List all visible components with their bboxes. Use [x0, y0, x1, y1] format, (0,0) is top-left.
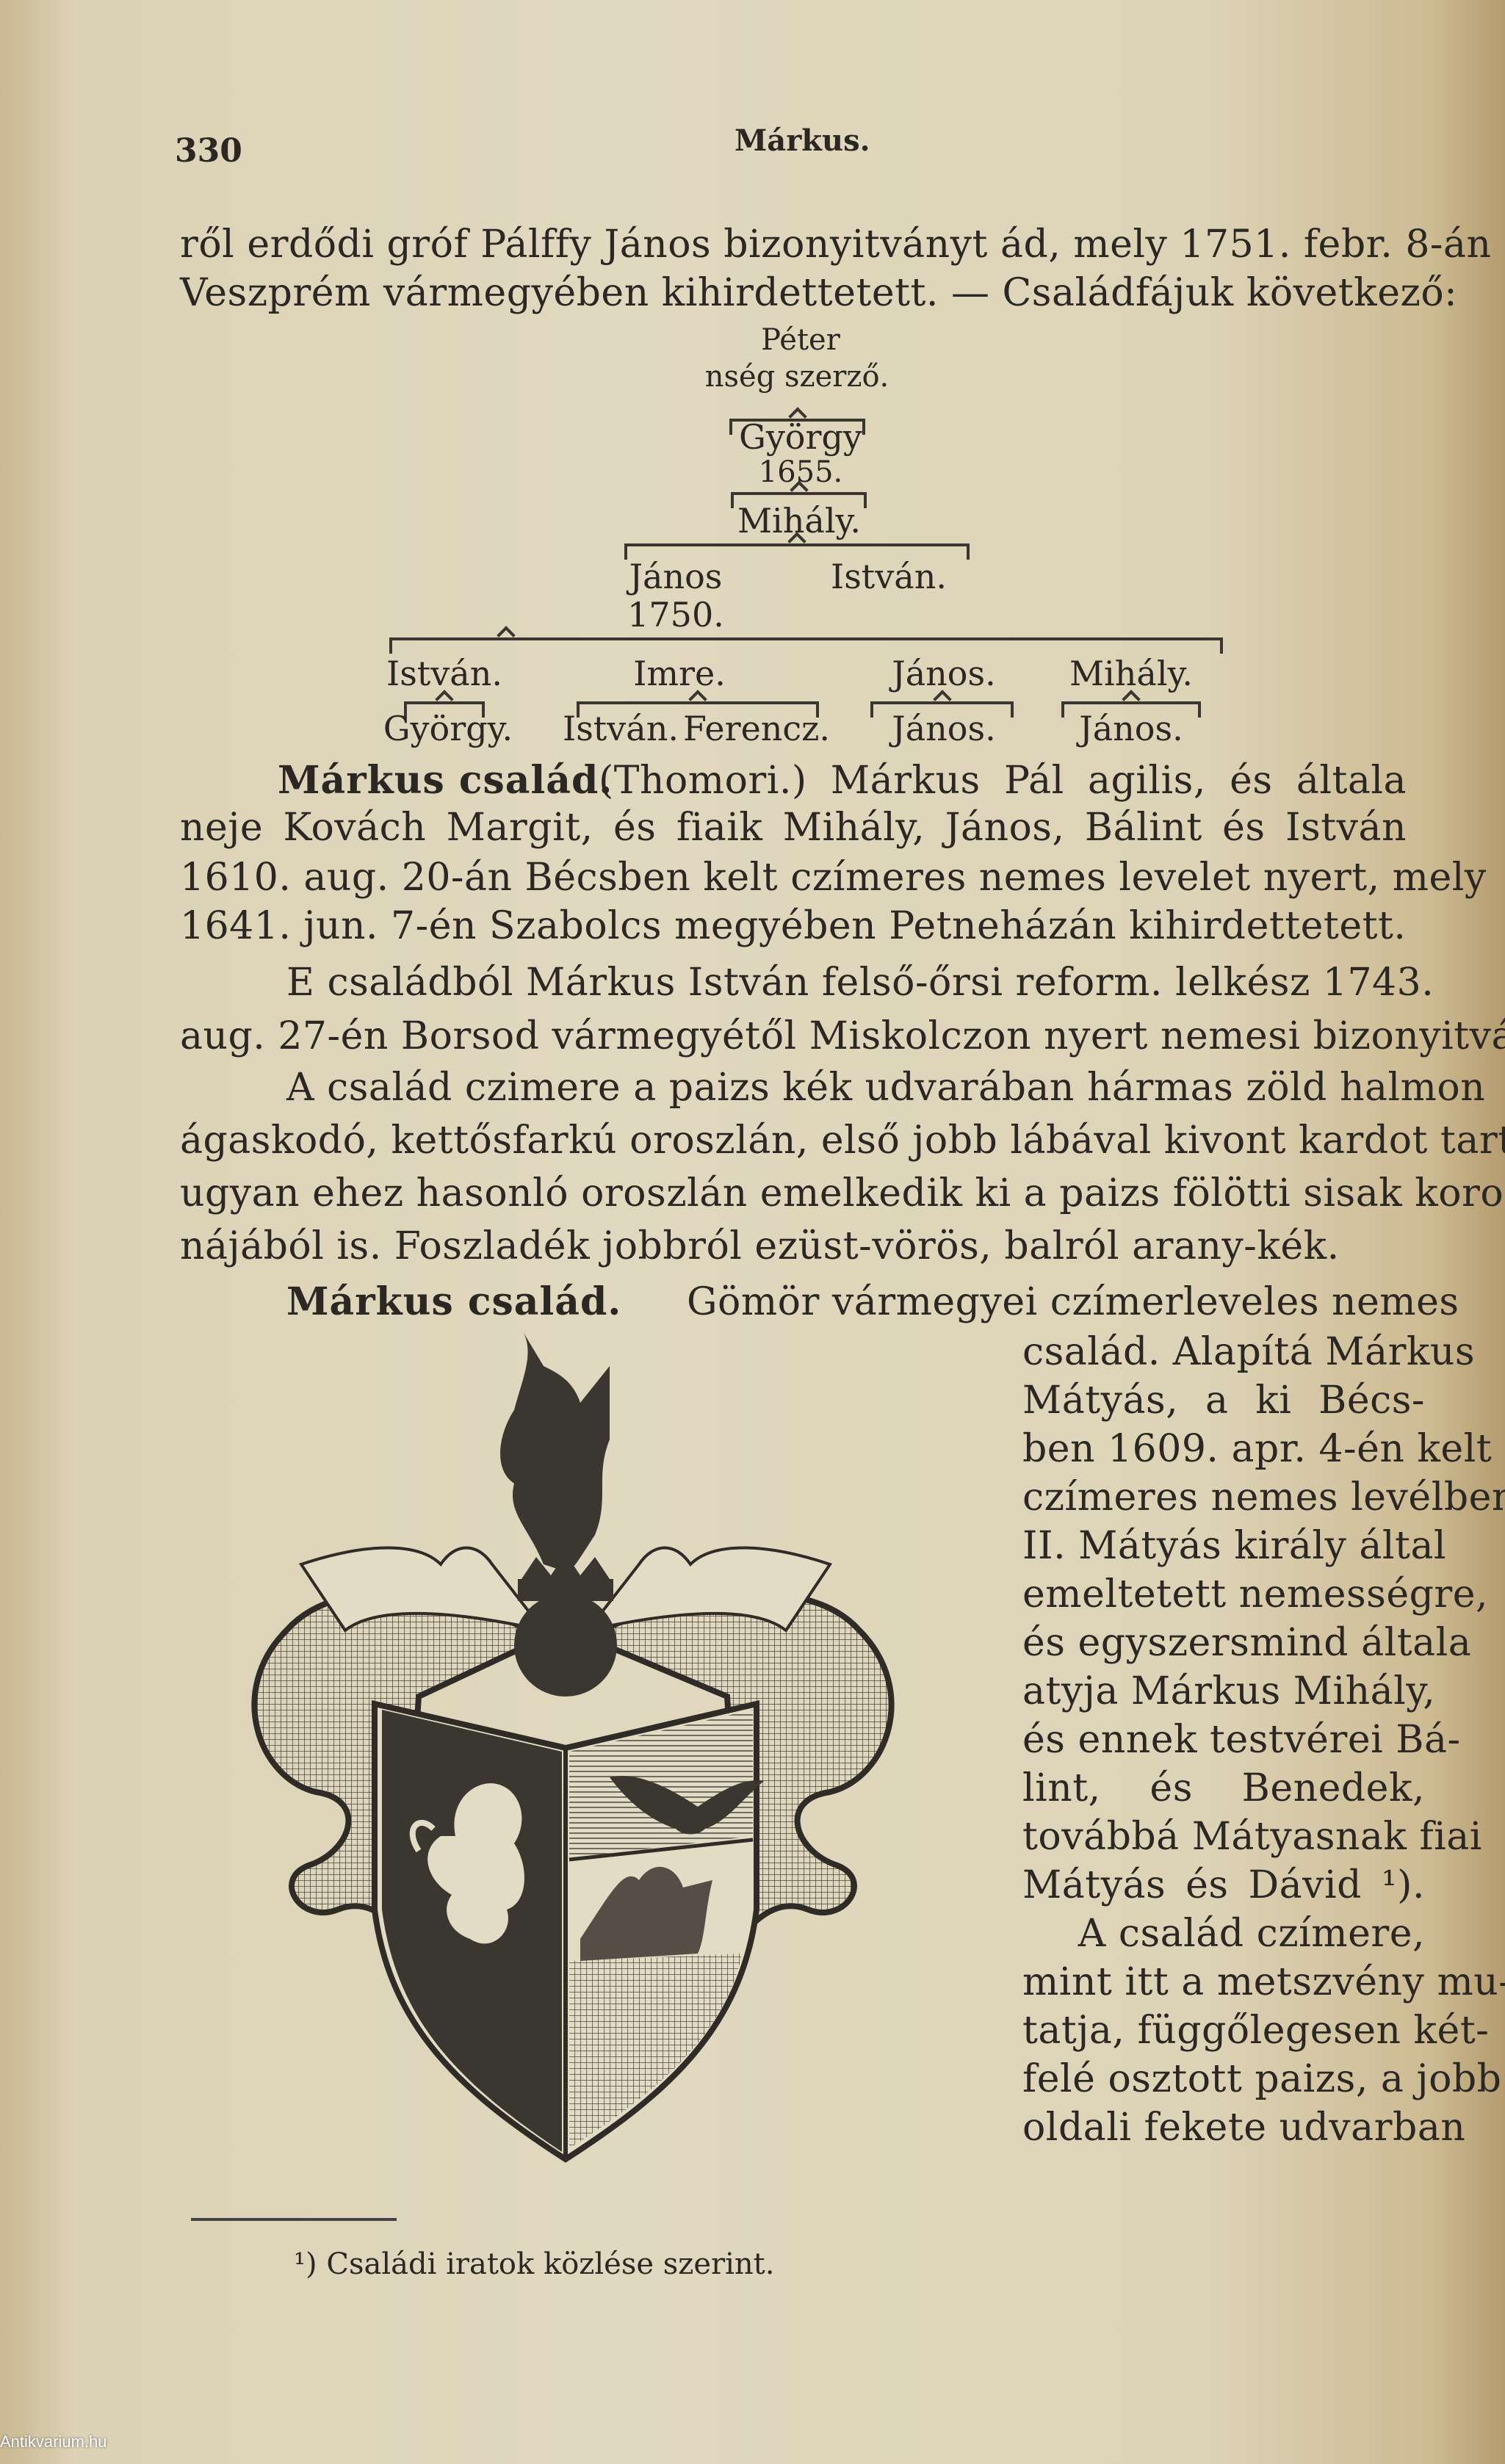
- column-line: továbbá Mátyasnak fiai: [1022, 1813, 1425, 1861]
- column-line: A család czímere,: [1022, 1910, 1425, 1958]
- column-line: felé osztott paizs, a jobb: [1022, 2055, 1425, 2103]
- column-line: mint itt a metszvény mu-: [1022, 1958, 1425, 2006]
- column-line: család. Alapítá Márkus: [1022, 1328, 1425, 1376]
- paragraph-line: ágaskodó, kettősfarkú oroszlán, első job…: [180, 1116, 1407, 1165]
- column-line: tatja, függőlegesen két-: [1022, 2006, 1425, 2055]
- paragraph-line: Gömör vármegyei czímerleveles nemes: [687, 1278, 1418, 1326]
- tree-gen6-name: György.: [383, 709, 513, 748]
- paragraph-line: (Thomori.) Márkus Pál agilis, és általa: [599, 756, 1407, 805]
- tree-gen6-name: János.: [892, 709, 995, 748]
- running-title: Márkus.: [735, 123, 870, 158]
- footnote: ¹) Családi iratok közlése szerint.: [294, 2247, 774, 2281]
- tree-brace: [389, 637, 1223, 654]
- tree-gen5-name-4: Mihály.: [1069, 654, 1193, 693]
- tree-gen6-name: János.: [1079, 709, 1183, 748]
- tree-gen4-year-1: 1750.: [627, 595, 724, 635]
- tree-gen5-name-2: Imre.: [633, 654, 726, 693]
- paragraph-line: aug. 27-én Borsod vármegyétől Miskolczon…: [180, 1012, 1403, 1061]
- paragraph-line: E családból Márkus István felső-őrsi ref…: [286, 958, 1403, 1007]
- paragraph-line: ugyan ehez hasonló oroszlán emelkedik ki…: [180, 1169, 1407, 1218]
- tree-root-note: nség szerző.: [705, 360, 889, 394]
- paragraph-line: 1641. jun. 7-én Szabolcs megyében Petneh…: [180, 902, 1406, 950]
- watermark: Antikvarium.hu: [0, 2432, 107, 2452]
- paragraph-line: nájából is. Foszladék jobbról ezüst-vörö…: [180, 1222, 1340, 1271]
- column-line: Mátyás és Dávid ¹).: [1022, 1861, 1425, 1910]
- paragraph-line: 1610. aug. 20-án Bécsben kelt czímeres n…: [180, 853, 1407, 902]
- column-line: II. Mátyás király által: [1022, 1522, 1425, 1570]
- column-line: Mátyás, a ki Bécs-: [1022, 1376, 1425, 1425]
- intro-line-1: ről erdődi gróf Pálffy János bizonyitván…: [180, 220, 1403, 269]
- column-line: czímeres nemes levélben: [1022, 1473, 1425, 1522]
- tree-gen4-name-1: János: [629, 557, 723, 596]
- coat-of-arms-illustration: [198, 1322, 940, 2218]
- column-line: ben 1609. apr. 4-én kelt: [1022, 1425, 1425, 1473]
- tree-gen5-name-1: István.: [386, 654, 502, 693]
- tree-gen6-name: István.: [563, 709, 679, 748]
- paragraph-line: A család czimere a paizs kék udvarában h…: [286, 1063, 1407, 1112]
- column-line: oldali fekete udvarban: [1022, 2103, 1425, 2152]
- page-number: 330: [175, 132, 242, 170]
- tree-gen6-name: Ferencz.: [683, 709, 830, 748]
- column-line: emeltetett nemességre,: [1022, 1570, 1425, 1619]
- text-column: család. Alapítá Márkus Mátyás, a ki Bécs…: [1022, 1328, 1425, 2152]
- tree-gen2-name: György: [739, 417, 862, 457]
- column-line: atyja Márkus Mihály,: [1022, 1667, 1425, 1716]
- intro-line-2: Veszprém vármegyében kihirdettetett. — C…: [180, 269, 1370, 317]
- section-heading: Márkus család.: [286, 1278, 621, 1326]
- section-heading: Márkus család.: [278, 756, 613, 805]
- tree-gen4-name-2: István.: [831, 557, 947, 596]
- tree-root-name: Péter: [761, 323, 840, 357]
- paragraph-line: neje Kovách Margit, és fiaik Mihály, Ján…: [180, 803, 1407, 852]
- column-line: lint, és Benedek,: [1022, 1764, 1425, 1813]
- column-line: és ennek testvérei Bá-: [1022, 1716, 1425, 1764]
- footnote-rule: [191, 2218, 397, 2221]
- column-line: és egyszersmind általa: [1022, 1619, 1425, 1667]
- book-page: 330 Márkus. ről erdődi gróf Pálffy János…: [0, 0, 1505, 2464]
- tree-gen5-name-3: János.: [892, 654, 995, 693]
